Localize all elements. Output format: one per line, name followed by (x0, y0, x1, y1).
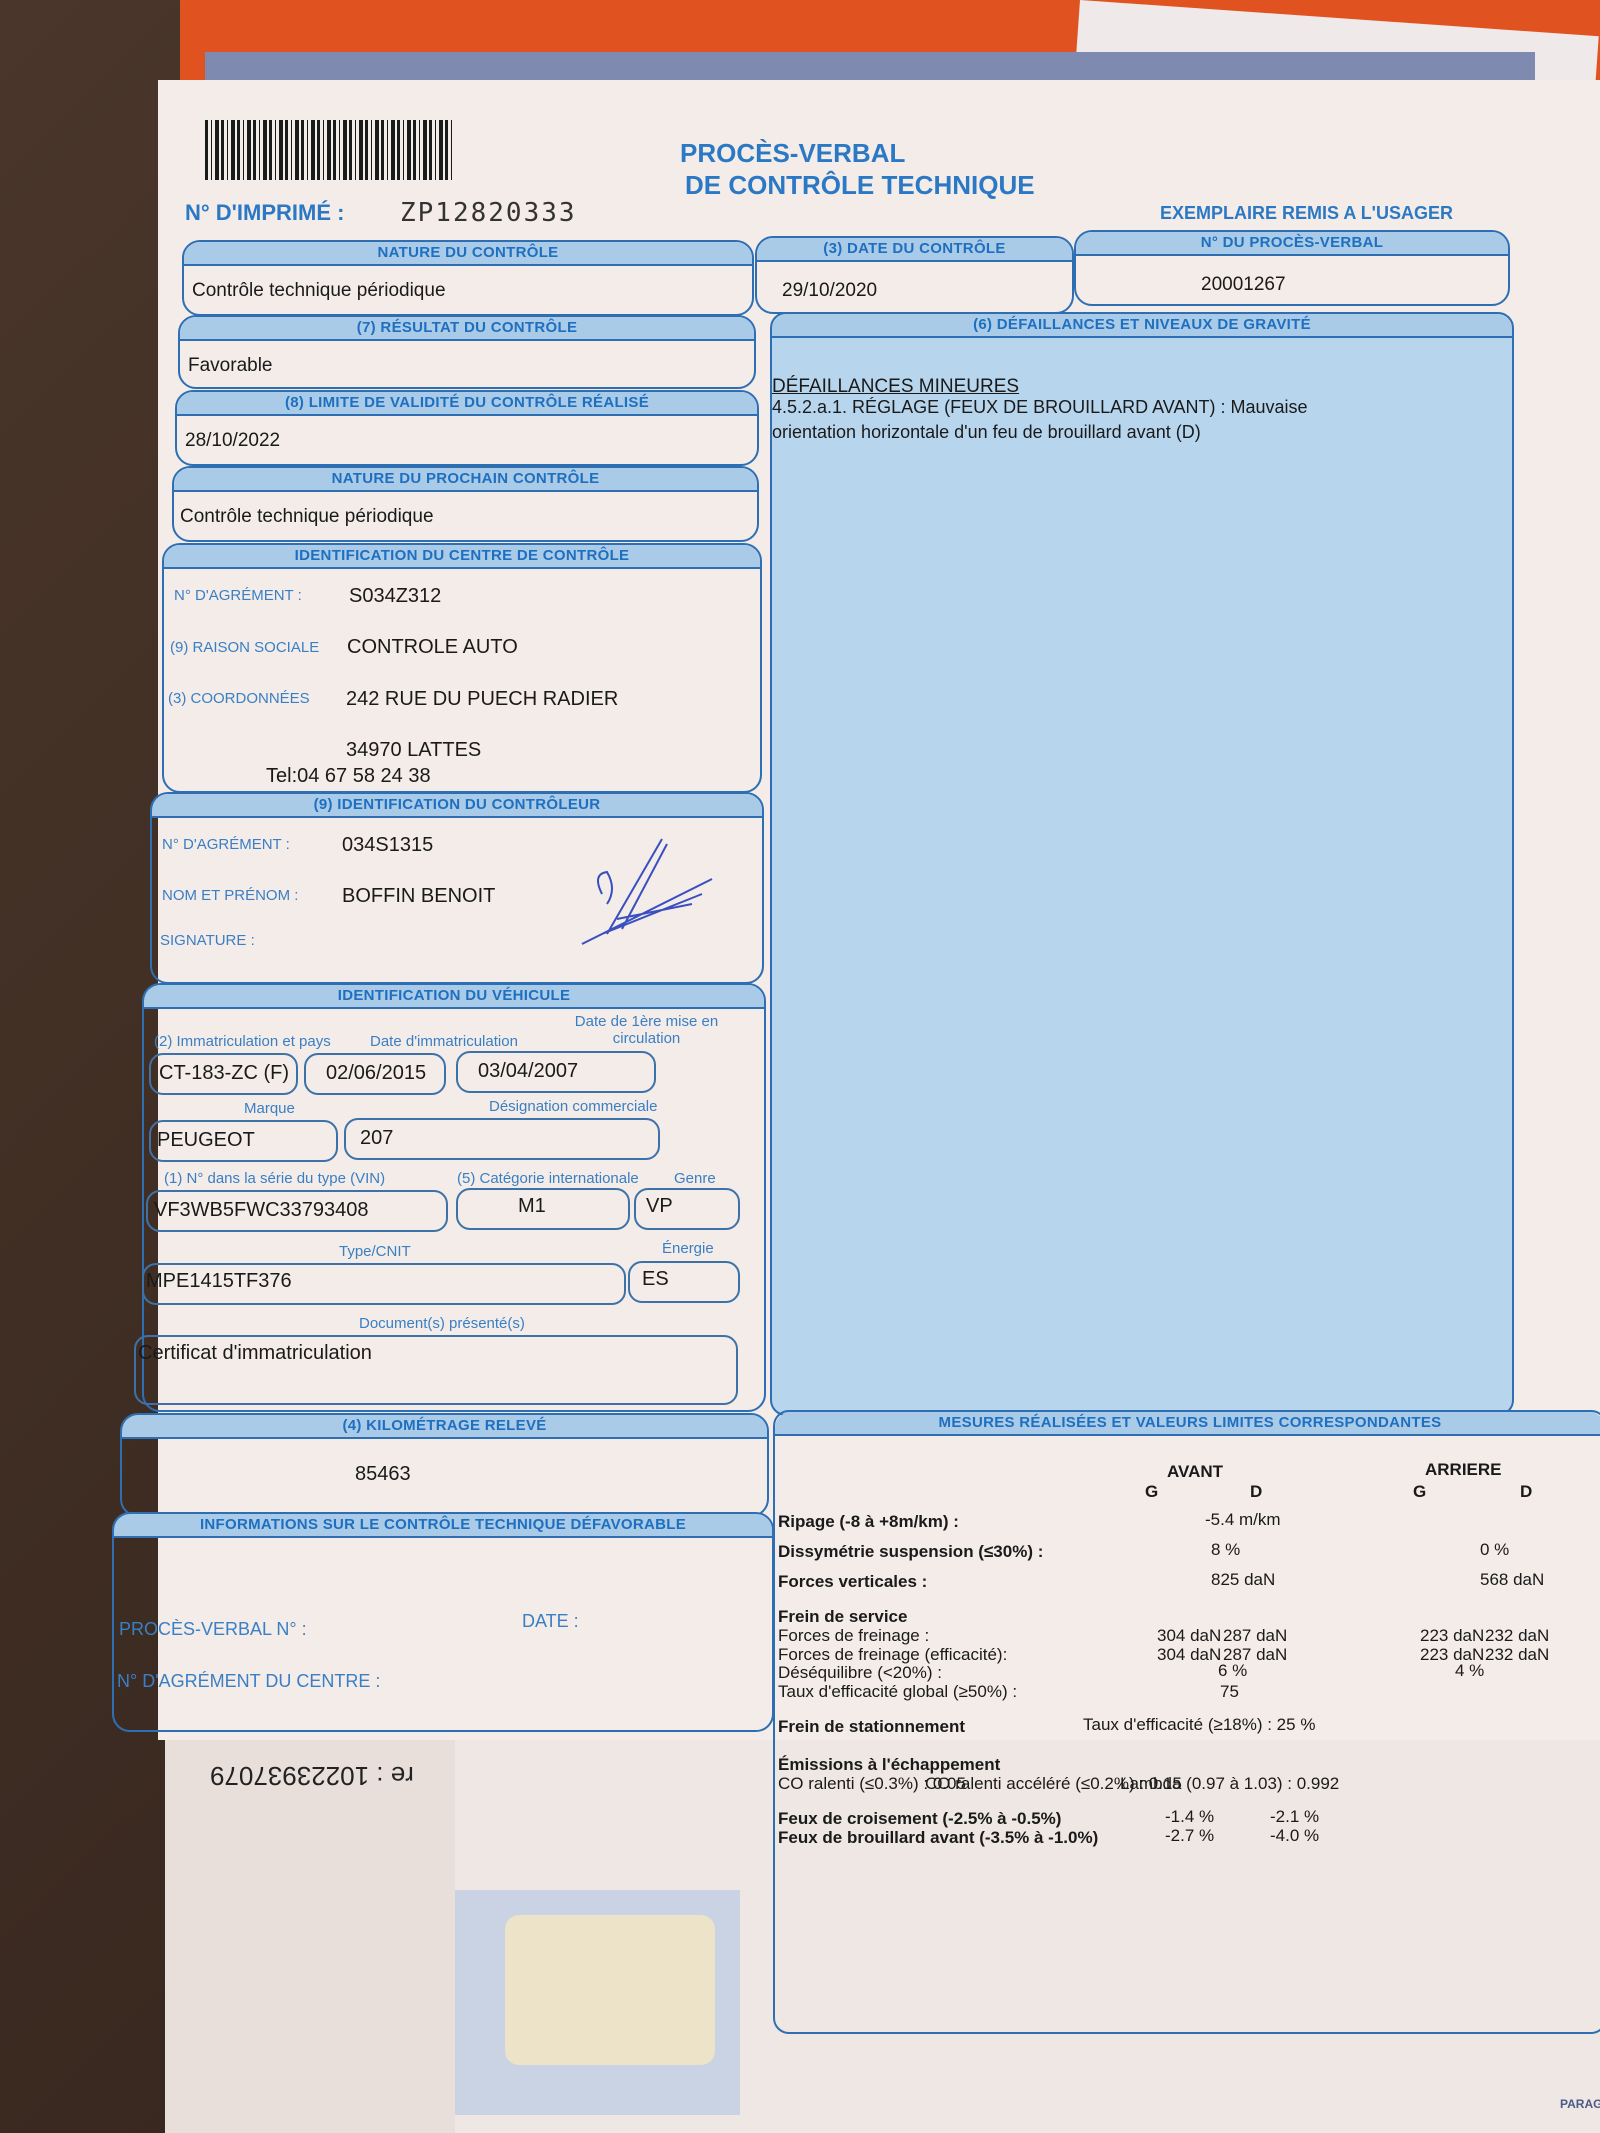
resultat-header: (7) RÉSULTAT DU CONTRÔLE (180, 317, 754, 341)
emissions-label: Émissions à l'échappement (778, 1755, 1000, 1775)
date-controle-value: 29/10/2020 (782, 280, 877, 302)
signature-label: SIGNATURE : (160, 932, 255, 949)
barcode (205, 120, 455, 180)
marque-field: PEUGEOT (149, 1120, 338, 1162)
footer-mark: PARAG (1560, 2097, 1600, 2111)
defavorable-header: INFORMATIONS SUR LE CONTRÔLE TECHNIQUE D… (114, 1514, 772, 1538)
premiere-mise-value: 03/04/2007 (478, 1060, 578, 1083)
defaillance-line1: 4.5.2.a.1. RÉGLAGE (FEUX DE BROUILLARD A… (772, 397, 1308, 418)
taux-global-label: Taux d'efficacité global (≥50%) : (778, 1682, 1017, 1702)
nature-controle-header: NATURE DU CONTRÔLE (184, 242, 752, 266)
vin-value: VF3WB5FWC33793408 (154, 1199, 369, 1222)
date-controle-header: (3) DATE DU CONTRÔLE (757, 238, 1072, 262)
vehicule-box: IDENTIFICATION DU VÉHICULE (2) Immatricu… (142, 983, 766, 1412)
nature-controle-box: NATURE DU CONTRÔLE Contrôle technique pé… (182, 240, 754, 316)
type-field: MPE1415TF376 (142, 1263, 626, 1305)
desequilibre-avant: 6 % (1218, 1661, 1247, 1681)
defaillances-box: (6) DÉFAILLANCES ET NIVEAUX DE GRAVITÉ D… (770, 312, 1514, 1416)
marque-value: PEUGEOT (157, 1129, 255, 1152)
arriere-header: ARRIERE (1425, 1460, 1502, 1480)
prochain-controle-box: NATURE DU PROCHAIN CONTRÔLE Contrôle tec… (172, 466, 759, 542)
arriere-g: G (1413, 1482, 1426, 1502)
defaillance-line2: orientation horizontale d'un feu de brou… (772, 422, 1201, 443)
centre-agrement-value: S034Z312 (349, 585, 441, 608)
defavorable-agrement-label: N° D'AGRÉMENT DU CENTRE : (117, 1671, 380, 1692)
forces-verticales-avant: 825 daN (1211, 1570, 1275, 1590)
vehicule-header: IDENTIFICATION DU VÉHICULE (144, 985, 764, 1009)
centre-tel: Tel:04 67 58 24 38 (266, 765, 431, 788)
taux-global-value: 75 (1220, 1682, 1239, 1702)
controleur-nom-value: BOFFIN BENOIT (342, 885, 495, 908)
centre-box: IDENTIFICATION DU CENTRE DE CONTRÔLE N° … (162, 543, 762, 793)
brouillard-g: -2.7 % (1165, 1826, 1214, 1846)
forces-verticales-label: Forces verticales : (778, 1572, 927, 1592)
date-immat-value: 02/06/2015 (326, 1062, 426, 1085)
copy-label: EXEMPLAIRE REMIS A L'USAGER (1160, 203, 1453, 224)
numero-pv-header: N° DU PROCÈS-VERBAL (1076, 232, 1508, 256)
brouillard-label: Feux de brouillard avant (-3.5% à -1.0%) (778, 1828, 1098, 1848)
print-number-label: N° D'IMPRIMÉ : (185, 200, 344, 226)
centre-ville: 34970 LATTES (346, 739, 481, 762)
date-immat-label: Date d'immatriculation (370, 1033, 518, 1050)
energie-field: ES (628, 1261, 740, 1303)
date-immat-field: 02/06/2015 (304, 1053, 446, 1095)
date-controle-box: (3) DATE DU CONTRÔLE 29/10/2020 (755, 236, 1074, 314)
limite-validite-header: (8) LIMITE DE VALIDITÉ DU CONTRÔLE RÉALI… (177, 392, 757, 416)
forces-freinage-eff-label: Forces de freinage (efficacité): (778, 1645, 1007, 1665)
avant-g: G (1145, 1482, 1158, 1502)
defavorable-date-label: DATE : (522, 1611, 579, 1632)
forces-freinage-ar-d: 232 daN (1485, 1626, 1549, 1646)
frein-stationnement-label: Frein de stationnement (778, 1717, 965, 1737)
limite-validite-box: (8) LIMITE DE VALIDITÉ DU CONTRÔLE RÉALI… (175, 390, 759, 466)
defaillances-header: (6) DÉFAILLANCES ET NIVEAUX DE GRAVITÉ (772, 314, 1512, 338)
stub-left: re : 10223937079 (165, 1690, 455, 2133)
resultat-box: (7) RÉSULTAT DU CONTRÔLE Favorable (178, 315, 756, 389)
designation-value: 207 (360, 1127, 393, 1150)
croisement-label: Feux de croisement (-2.5% à -0.5%) (778, 1809, 1061, 1829)
centre-raison-label: (9) RAISON SOCIALE (170, 639, 319, 656)
forces-freinage-label: Forces de freinage : (778, 1626, 929, 1646)
forces-freinage-av-g: 304 daN (1157, 1626, 1221, 1646)
lambda: Lambda (0.97 à 1.03) : 0.992 (1120, 1774, 1339, 1794)
premiere-mise-label: Date de 1ère mise en circulation (564, 1013, 729, 1047)
categorie-label: (5) Catégorie internationale (457, 1170, 639, 1187)
desequilibre-label: Déséquilibre (<20%) : (778, 1663, 942, 1683)
prochain-controle-header: NATURE DU PROCHAIN CONTRÔLE (174, 468, 757, 492)
stamp-window (505, 1915, 715, 2065)
type-label: Type/CNIT (339, 1243, 411, 1260)
dissymetrie-avant: 8 % (1211, 1540, 1240, 1560)
avant-d: D (1250, 1482, 1262, 1502)
vin-label: (1) N° dans la série du type (VIN) (164, 1170, 385, 1187)
dissymetrie-label: Dissymétrie suspension (≤30%) : (778, 1542, 1043, 1562)
dissymetrie-arriere: 0 % (1480, 1540, 1509, 1560)
centre-agrement-label: N° D'AGRÉMENT : (174, 587, 302, 604)
immat-value: CT-183-ZC (F) (159, 1062, 289, 1085)
type-value: MPE1415TF376 (146, 1270, 292, 1293)
documents-field: Certificat d'immatriculation (134, 1335, 738, 1405)
documents-value: Certificat d'immatriculation (138, 1342, 372, 1365)
ripage-value: -5.4 m/km (1205, 1510, 1281, 1530)
avant-header: AVANT (1167, 1462, 1223, 1482)
arriere-d: D (1520, 1482, 1532, 1502)
controleur-box: (9) IDENTIFICATION DU CONTRÔLEUR N° D'AG… (150, 792, 764, 984)
controleur-agrement-label: N° D'AGRÉMENT : (162, 836, 290, 853)
centre-adresse: 242 RUE DU PUECH RADIER (346, 688, 618, 711)
kilometrage-box: (4) KILOMÉTRAGE RELEVÉ 85463 (120, 1413, 769, 1517)
forces-freinage-av-d: 287 daN (1223, 1626, 1287, 1646)
immat-field: CT-183-ZC (F) (149, 1053, 298, 1095)
resultat-value: Favorable (188, 355, 273, 377)
centre-raison-value: CONTROLE AUTO (347, 636, 518, 659)
title-line2: DE CONTRÔLE TECHNIQUE (685, 170, 1035, 201)
documents-label: Document(s) présenté(s) (359, 1315, 525, 1332)
genre-field: VP (634, 1188, 740, 1230)
categorie-value: M1 (518, 1195, 546, 1218)
forces-freinage-eff-av-g: 304 daN (1157, 1645, 1221, 1665)
defavorable-pv-label: PROCÈS-VERBAL N° : (119, 1619, 307, 1640)
genre-value: VP (646, 1195, 673, 1218)
nature-controle-value: Contrôle technique périodique (192, 280, 446, 302)
vin-field: VF3WB5FWC33793408 (146, 1190, 448, 1232)
desequilibre-arriere: 4 % (1455, 1661, 1484, 1681)
energie-label: Énergie (662, 1240, 714, 1257)
croisement-g: -1.4 % (1165, 1807, 1214, 1827)
prochain-controle-value: Contrôle technique périodique (180, 506, 434, 528)
controleur-agrement-value: 034S1315 (342, 834, 433, 857)
mesures-header: MESURES RÉALISÉES ET VALEURS LIMITES COR… (775, 1412, 1600, 1436)
marque-label: Marque (244, 1100, 295, 1117)
energie-value: ES (642, 1268, 669, 1291)
numero-pv-value: 20001267 (1201, 274, 1286, 296)
premiere-mise-field: 03/04/2007 (456, 1051, 656, 1093)
print-number: ZP12820333 (400, 198, 577, 228)
forces-freinage-eff-ar-d: 232 daN (1485, 1645, 1549, 1665)
genre-label: Genre (674, 1170, 716, 1187)
mesures-box: MESURES RÉALISÉES ET VALEURS LIMITES COR… (773, 1410, 1600, 2034)
frein-stationnement-value: Taux d'efficacité (≥18%) : 25 % (1083, 1715, 1315, 1735)
limite-validite-value: 28/10/2022 (185, 430, 280, 452)
designation-field: 207 (344, 1118, 660, 1160)
brouillard-d: -4.0 % (1270, 1826, 1319, 1846)
croisement-d: -2.1 % (1270, 1807, 1319, 1827)
forces-freinage-ar-g: 223 daN (1420, 1626, 1484, 1646)
controleur-nom-label: NOM ET PRÉNOM : (162, 887, 298, 904)
categorie-field: M1 (456, 1188, 630, 1230)
forces-verticales-arriere: 568 daN (1480, 1570, 1544, 1590)
defavorable-box: INFORMATIONS SUR LE CONTRÔLE TECHNIQUE D… (112, 1512, 774, 1732)
controleur-header: (9) IDENTIFICATION DU CONTRÔLEUR (152, 794, 762, 818)
centre-coord-label: (3) COORDONNÉES (168, 690, 310, 707)
numero-pv-box: N° DU PROCÈS-VERBAL 20001267 (1074, 230, 1510, 306)
kilometrage-value: 85463 (355, 1463, 411, 1486)
immat-label: (2) Immatriculation et pays (154, 1033, 331, 1050)
frein-service-label: Frein de service (778, 1607, 907, 1627)
ripage-label: Ripage (-8 à +8m/km) : (778, 1512, 959, 1532)
centre-header: IDENTIFICATION DU CENTRE DE CONTRÔLE (164, 545, 760, 569)
defaillances-category: DÉFAILLANCES MINEURES (772, 376, 1019, 398)
kilometrage-header: (4) KILOMÉTRAGE RELEVÉ (122, 1415, 767, 1439)
stub-number: re : 10223937079 (210, 1760, 414, 1791)
title-line1: PROCÈS-VERBAL (680, 138, 905, 169)
signature-icon (562, 834, 722, 954)
designation-label: Désignation commerciale (489, 1098, 657, 1115)
